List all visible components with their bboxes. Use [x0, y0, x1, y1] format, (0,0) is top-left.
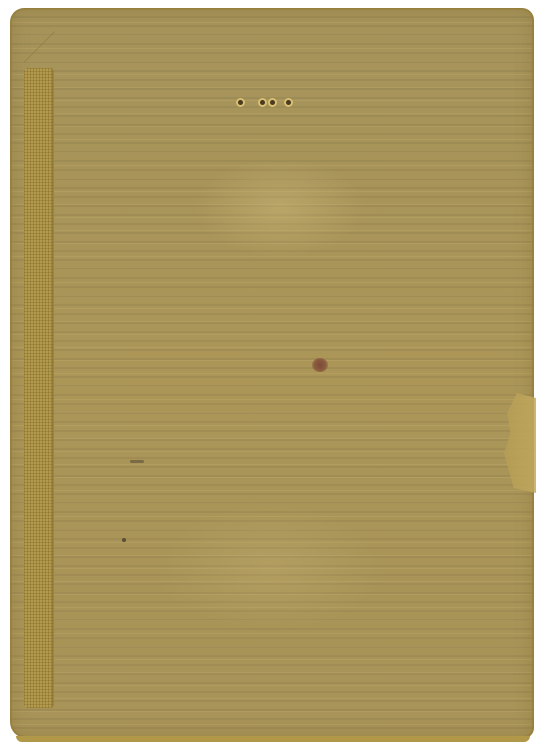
torn-edge: [504, 393, 536, 493]
wormholes: [238, 100, 298, 108]
spine-cloth-strip: [24, 68, 54, 708]
stain-mark: [312, 358, 328, 372]
speck: [130, 460, 144, 463]
corner-fold: [0, 0, 55, 63]
book-cover: [10, 8, 534, 738]
speck: [122, 538, 126, 542]
